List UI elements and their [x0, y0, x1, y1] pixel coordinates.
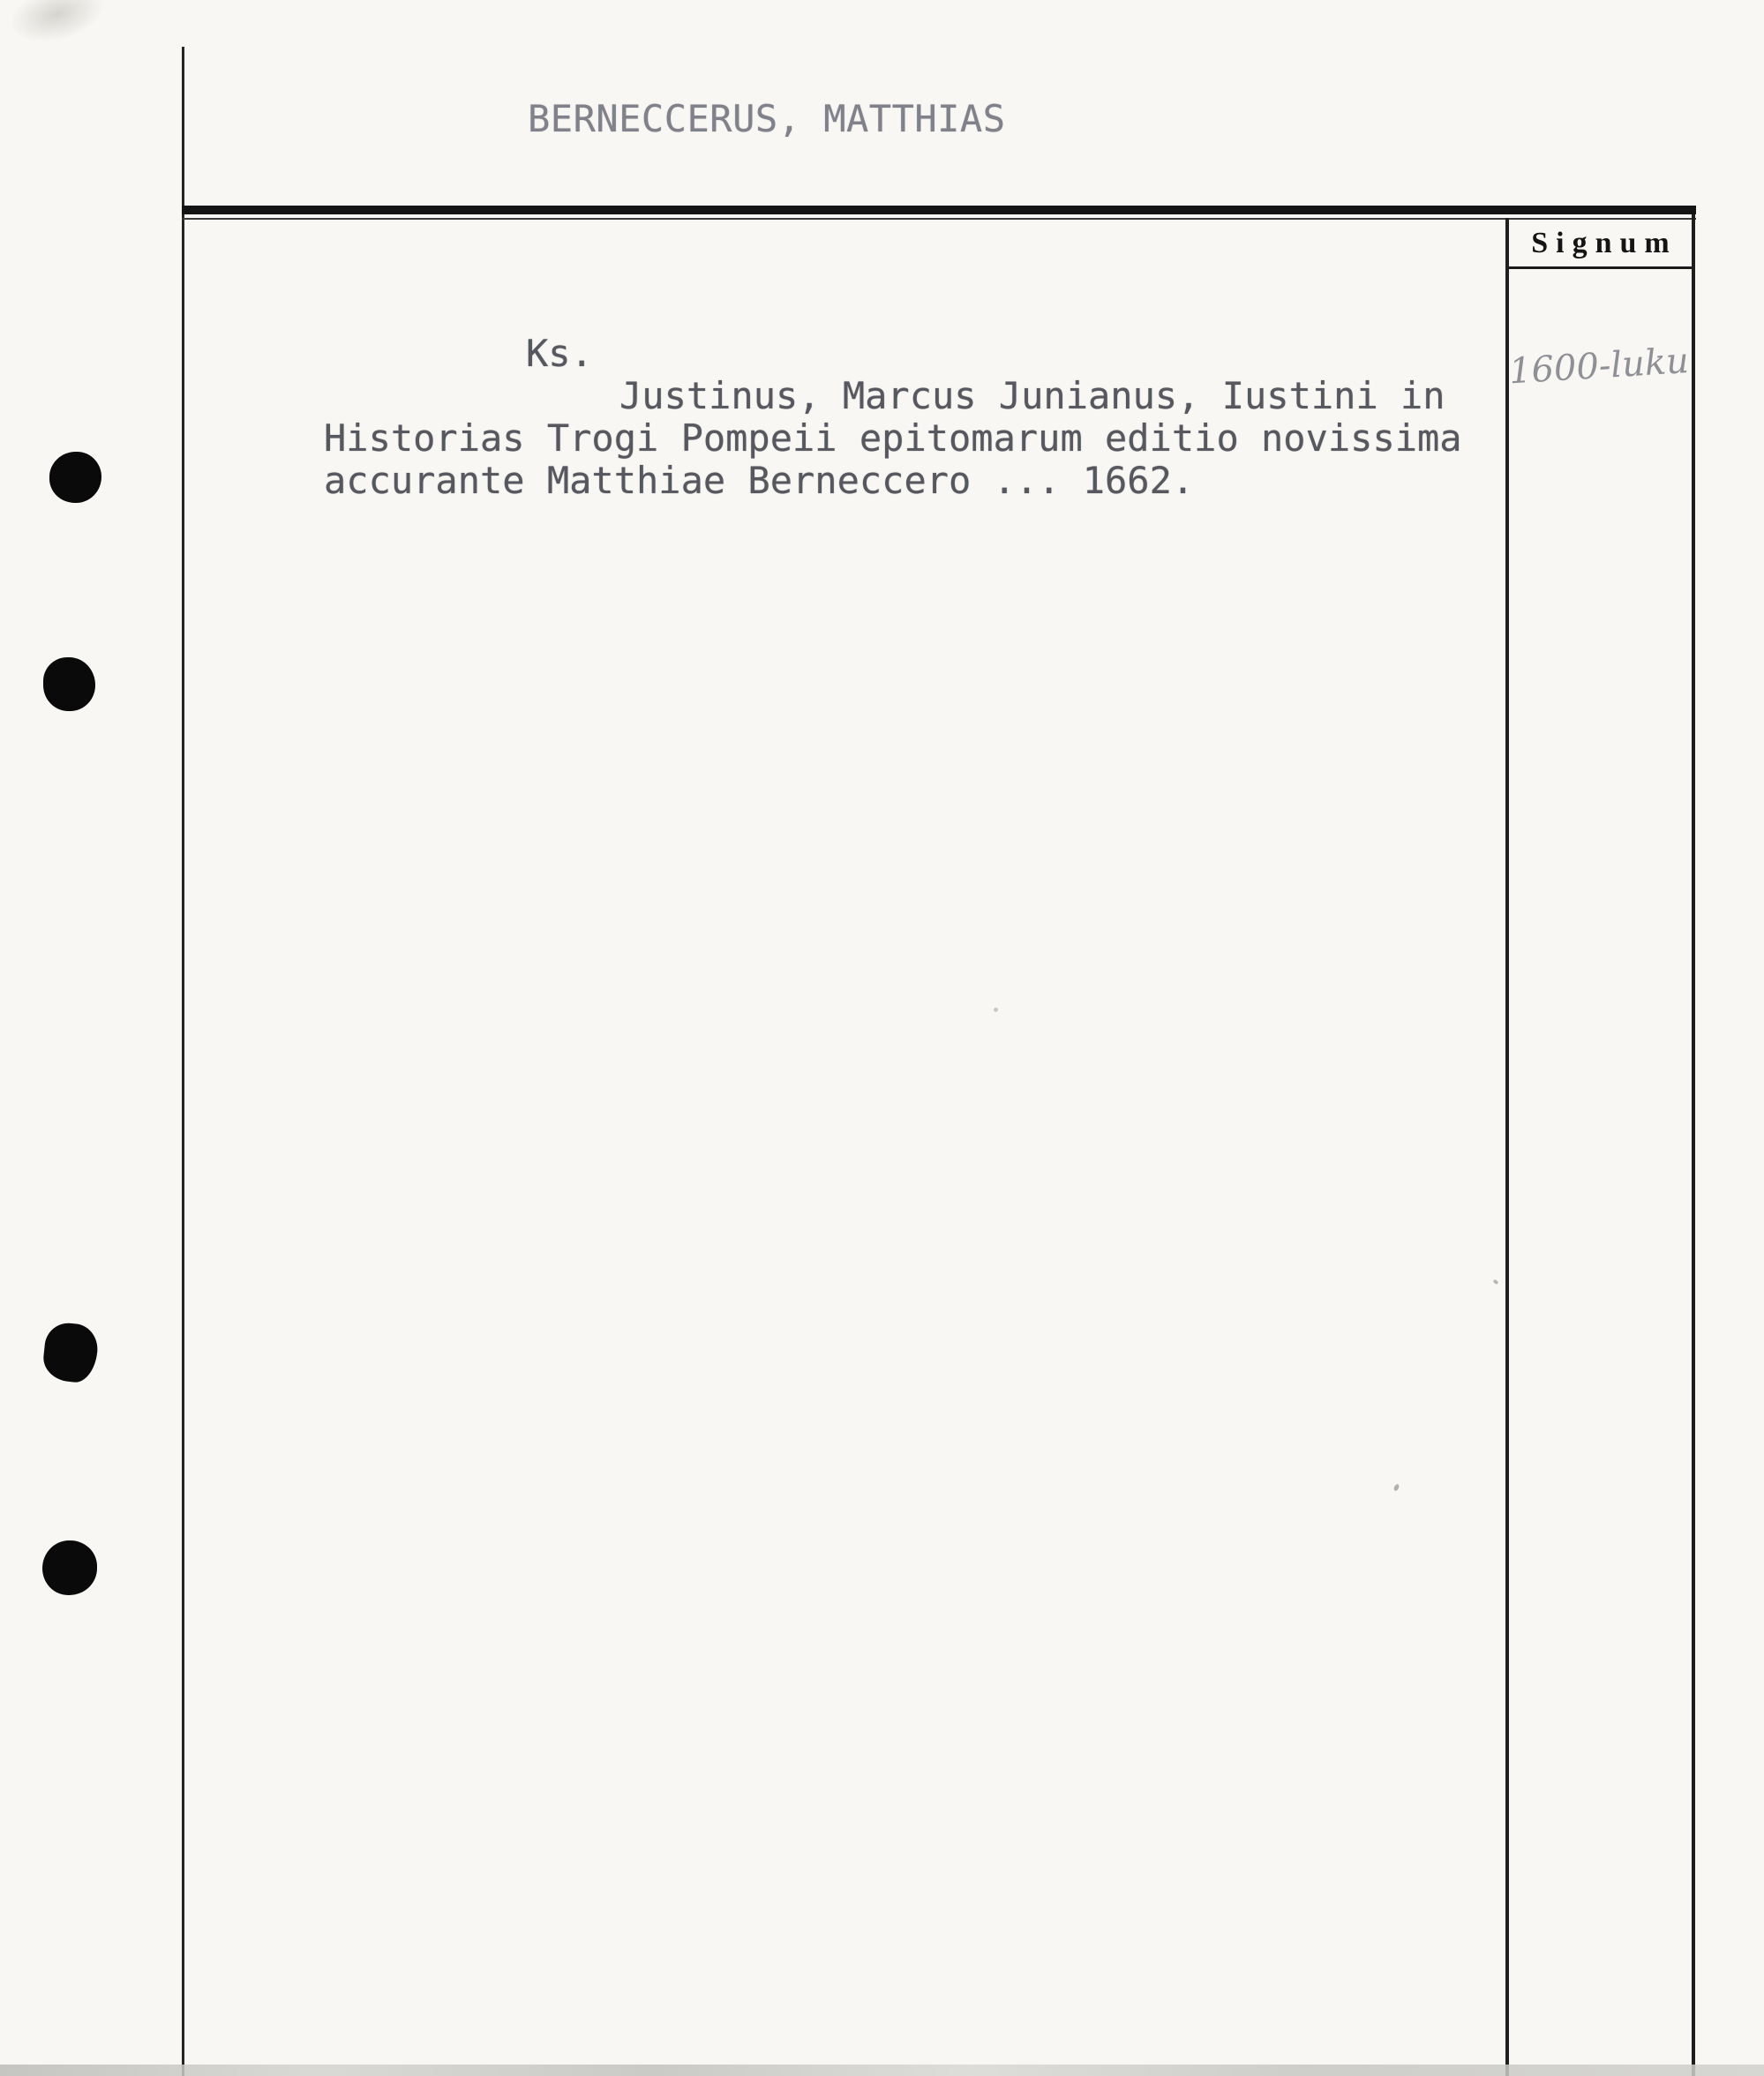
- signum-label: Signum: [1523, 227, 1678, 260]
- scan-corner-smudge: [4, 0, 111, 52]
- punch-hole: [49, 452, 101, 503]
- catalog-card-scan: BERNECCERUS, MATTHIAS Signum 1600-luku K…: [0, 0, 1764, 2076]
- punch-hole: [41, 1321, 101, 1384]
- entry-line: Historias Trogi Pompeii epitomarum editi…: [324, 416, 1462, 460]
- paper-speck: [994, 1008, 998, 1012]
- punch-hole: [42, 1540, 97, 1595]
- signum-header: Signum: [1509, 220, 1692, 269]
- signum-value-handwritten: 1600-luku: [1508, 341, 1695, 393]
- entry-line: accurante Matthiae Berneccero ... 1662.: [324, 459, 1194, 502]
- entry-line: Justinus, Marcus Junianus, Iustini in: [619, 374, 1445, 417]
- typed-heading: BERNECCERUS, MATTHIAS: [528, 97, 1006, 140]
- paper-speck: [1393, 1483, 1400, 1491]
- top-rule-thick: [182, 206, 1696, 214]
- signum-column-right-border: [1692, 214, 1695, 2076]
- punch-hole: [43, 657, 95, 711]
- scan-bottom-edge: [0, 2065, 1764, 2076]
- signum-column-left-border: [1505, 218, 1509, 2076]
- top-rule-thin: [182, 218, 1696, 220]
- paper-speck: [1492, 1279, 1498, 1285]
- left-margin-rule: [182, 47, 184, 2076]
- entry-line-reference: Ks.: [526, 332, 593, 375]
